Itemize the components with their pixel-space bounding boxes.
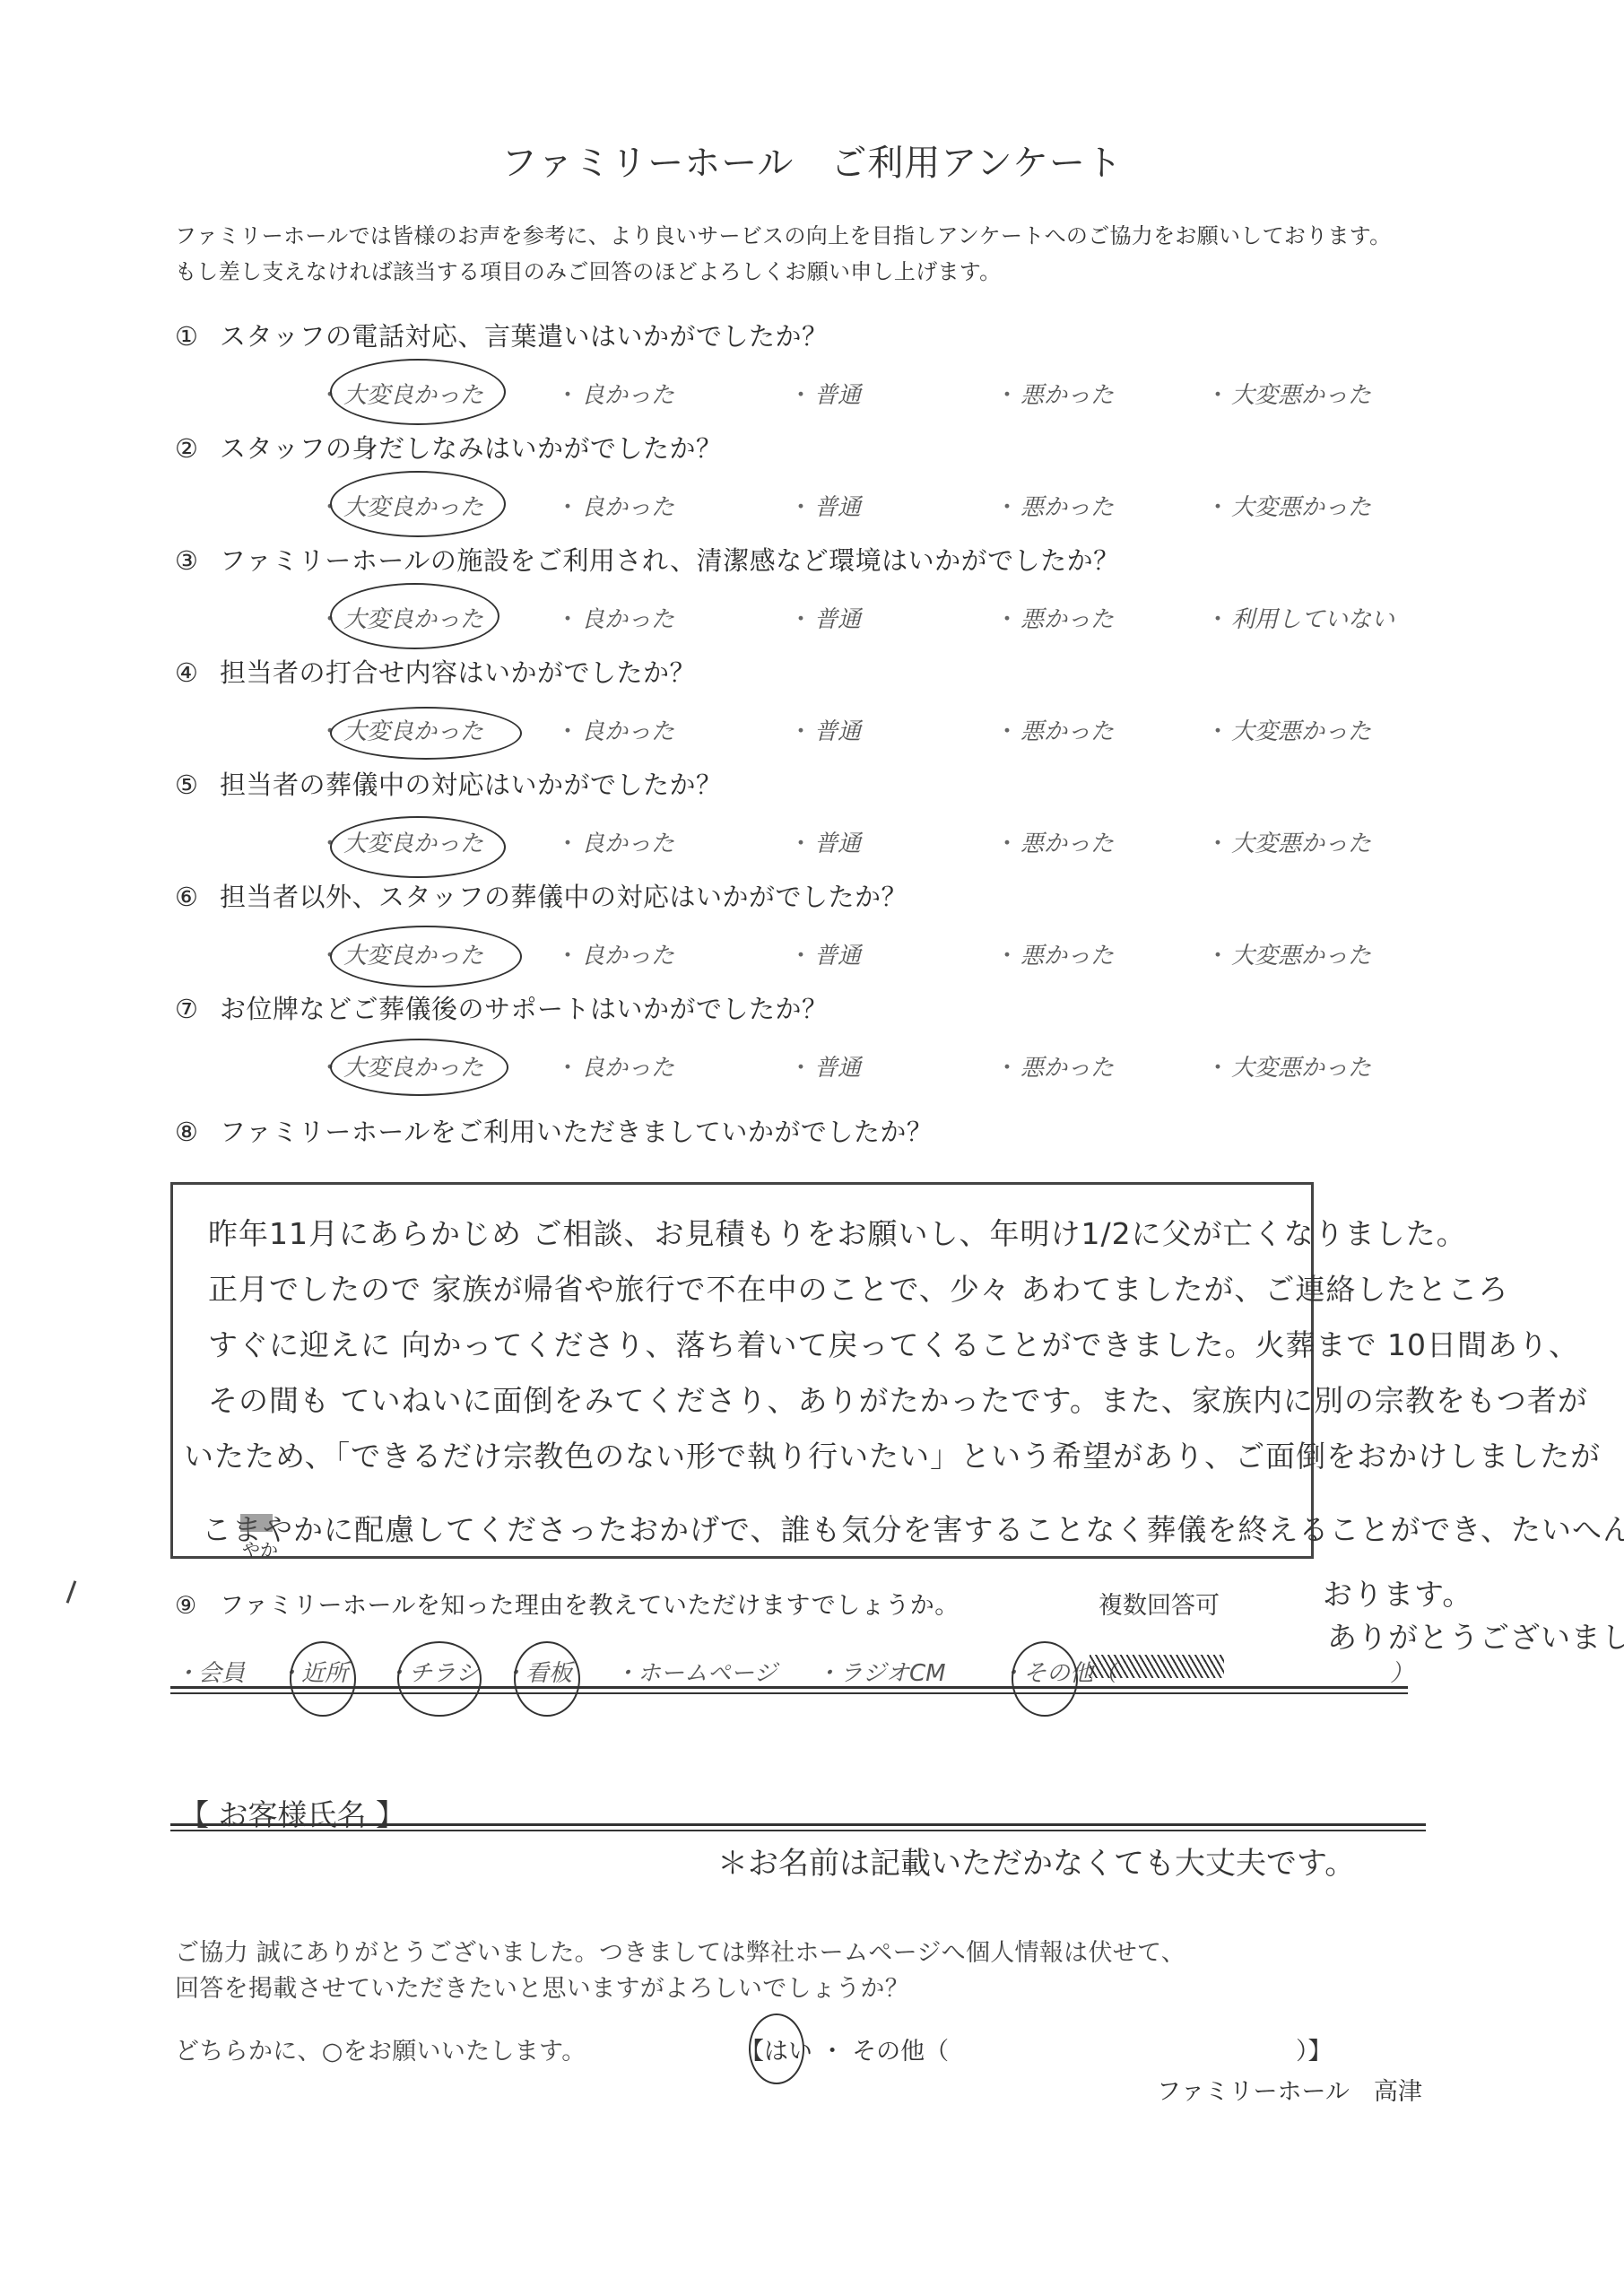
comment-line-2: 正月でしたので 家族が帰省や旅行で不在中のことで、少々 あわてましたが、ご連絡し… xyxy=(208,1266,1508,1309)
option-very-bad[interactable]: 大変悪かった xyxy=(1206,825,1371,858)
option-very-bad[interactable]: 大変悪かった xyxy=(1206,1049,1371,1083)
option-very-bad[interactable]: 大変悪かった xyxy=(1206,937,1371,970)
closing-prompt: どちらかに、○をお願いいたします。 xyxy=(175,2031,586,2066)
option-average[interactable]: 普通 xyxy=(789,601,861,634)
source-member[interactable]: ・会員 xyxy=(175,1655,245,1688)
option-good[interactable]: 良かった xyxy=(556,937,674,970)
option-very-bad[interactable]: 大変悪かった xyxy=(1206,489,1371,522)
question-text: スタッフの電話対応、言葉遣いはいかがでしたか？ xyxy=(220,321,829,352)
option-good[interactable]: 良かった xyxy=(556,377,674,410)
option-bad[interactable]: 悪かった xyxy=(995,713,1114,746)
comment-overflow-2: ありがとうございました。 xyxy=(1327,1614,1624,1657)
question-text: お位牌などご葬儀後のサポートはいかがでしたか？ xyxy=(220,994,829,1024)
comment-line-6: こまやかに配慮してくださったおかげで、誰も気分を害することなく葬儀を終えることが… xyxy=(202,1507,1624,1549)
bracket-open: 【 xyxy=(740,2038,764,2066)
source-homepage[interactable]: ・ホームページ xyxy=(614,1655,777,1688)
option-very-bad[interactable]: 大変悪かった xyxy=(1206,377,1371,410)
option-good[interactable]: 良かった xyxy=(556,1049,674,1083)
question-text: 担当者の葬儀中の対応はいかがでしたか？ xyxy=(220,770,723,800)
question-number: ① xyxy=(175,321,220,352)
intro-line-2: もし差し支えなければ該当する項目のみご回答のほどよろしくお願い申し上げます。 xyxy=(175,254,1001,285)
question-text: ファミリーホールをご利用いただきましていかがでしたか？ xyxy=(220,1117,933,1147)
page-title: ファミリーホール ご利用アンケート xyxy=(0,135,1624,186)
option-good[interactable]: 良かった xyxy=(556,489,674,522)
option-bad[interactable]: 悪かった xyxy=(995,489,1114,522)
choice-other[interactable]: その他（ xyxy=(852,2038,949,2066)
stray-mark xyxy=(66,1580,77,1603)
option-average[interactable]: 普通 xyxy=(789,937,861,970)
option-average[interactable]: 普通 xyxy=(789,713,861,746)
option-bad[interactable]: 悪かった xyxy=(995,601,1114,634)
question-number: ⑥ xyxy=(175,882,220,912)
question-number: ⑤ xyxy=(175,770,220,800)
source-flyer[interactable]: ・チラシ xyxy=(386,1655,479,1688)
source-label: ラジオCM xyxy=(839,1660,946,1687)
option-bad[interactable]: 悪かった xyxy=(995,1049,1114,1083)
source-label: 会員 xyxy=(198,1660,245,1687)
question-number: ⑨ xyxy=(175,1592,220,1620)
option-bad[interactable]: 悪かった xyxy=(995,825,1114,858)
question-text: ファミリーホールを知った理由を教えていただけますでしょうか。 xyxy=(220,1592,960,1620)
option-very-good[interactable]: 大変良かった xyxy=(318,601,483,634)
question-text: 担当者以外、スタッフの葬儀中の対応はいかがでしたか？ xyxy=(220,882,908,912)
choice-yes[interactable]: はい xyxy=(764,2038,812,2066)
question-text: スタッフの身だしなみはいかがでしたか？ xyxy=(220,433,723,464)
question-text: 担当者の打合せ内容はいかがでしたか？ xyxy=(220,657,696,688)
name-optional-note: ＊お名前は記載いただかなくても大丈夫です。 xyxy=(717,1839,1355,1883)
option-average[interactable]: 普通 xyxy=(789,1049,861,1083)
option-very-good[interactable]: 大変良かった xyxy=(318,713,483,746)
option-not-used[interactable]: 利用していない xyxy=(1206,601,1394,634)
intro-line-1: ファミリーホールでは皆様のお声を参考に、より良いサービスの向上を目指しアンケート… xyxy=(175,218,1391,249)
correction-note: やか xyxy=(242,1535,278,1561)
option-average[interactable]: 普通 xyxy=(789,825,861,858)
option-very-good[interactable]: 大変良かった xyxy=(318,489,483,522)
source-label: チラシ xyxy=(409,1660,479,1687)
question-number: ⑦ xyxy=(175,994,220,1024)
closing-line-1: ご協力 誠にありがとうございました。つきましては弊社ホームページへ個人情報は伏せ… xyxy=(175,1933,1185,1968)
question-text: ファミリーホールの施設をご利用され、清潔感など環境はいかがでしたか？ xyxy=(220,545,1120,576)
question-number: ⑧ xyxy=(175,1117,220,1147)
option-very-good[interactable]: 大変良かった xyxy=(318,825,483,858)
publish-choice: 【はい ・ その他（ xyxy=(740,2031,949,2066)
signature: ファミリーホール 高津 xyxy=(1157,2072,1422,2107)
option-good[interactable]: 良かった xyxy=(556,825,674,858)
question-number: ④ xyxy=(175,657,220,688)
source-signboard[interactable]: ・看板 xyxy=(502,1655,572,1688)
separator: ・ xyxy=(821,2038,845,2066)
option-good[interactable]: 良かった xyxy=(556,713,674,746)
option-bad[interactable]: 悪かった xyxy=(995,937,1114,970)
comment-line-3: すぐに迎えに 向かってくださり、落ち着いて戻ってくることができました。火葬まで … xyxy=(208,1322,1579,1364)
option-very-good[interactable]: 大変良かった xyxy=(318,937,483,970)
source-label: ホームページ xyxy=(638,1660,777,1687)
scribble-strike xyxy=(1090,1655,1224,1678)
bracket-close: ）】 xyxy=(1296,2031,1333,2066)
source-label: 看板 xyxy=(525,1660,572,1687)
scribble-correction xyxy=(240,1514,273,1532)
option-very-good[interactable]: 大変良かった xyxy=(318,1049,483,1083)
comment-line-4: その間も ていねいに面倒をみてくださり、ありがたかったです。また、家族内に別の宗… xyxy=(208,1378,1588,1420)
option-very-good[interactable]: 大変良かった xyxy=(318,377,483,410)
comment-line-5: いたため、「できるだけ宗教色のない形で執り行いたい」という希望があり、ご面倒をお… xyxy=(184,1433,1601,1475)
question-number: ② xyxy=(175,433,220,464)
other-close-paren: ） xyxy=(1390,1655,1413,1688)
source-underline xyxy=(170,1686,1408,1694)
option-average[interactable]: 普通 xyxy=(789,489,861,522)
option-bad[interactable]: 悪かった xyxy=(995,377,1114,410)
source-neighborhood[interactable]: ・近所 xyxy=(278,1655,348,1688)
source-radio-cm[interactable]: ・ラジオCM xyxy=(816,1655,946,1688)
customer-name-field[interactable] xyxy=(170,1823,1426,1831)
source-label: 近所 xyxy=(301,1660,348,1687)
multi-answer-note: 複数回答可 xyxy=(1099,1586,1220,1621)
comment-overflow-1: おります。 xyxy=(1323,1571,1472,1613)
closing-line-2: 回答を掲載させていただきたいと思いますがよろしいでしょうか？ xyxy=(175,1969,909,2004)
option-very-bad[interactable]: 大変悪かった xyxy=(1206,713,1371,746)
option-good[interactable]: 良かった xyxy=(556,601,674,634)
question-number: ③ xyxy=(175,545,220,576)
comment-line-1: 昨年11月にあらかじめ ご相談、お見積もりをお願いし、年明け1/2に父が亡くなり… xyxy=(208,1211,1467,1253)
option-average[interactable]: 普通 xyxy=(789,377,861,410)
